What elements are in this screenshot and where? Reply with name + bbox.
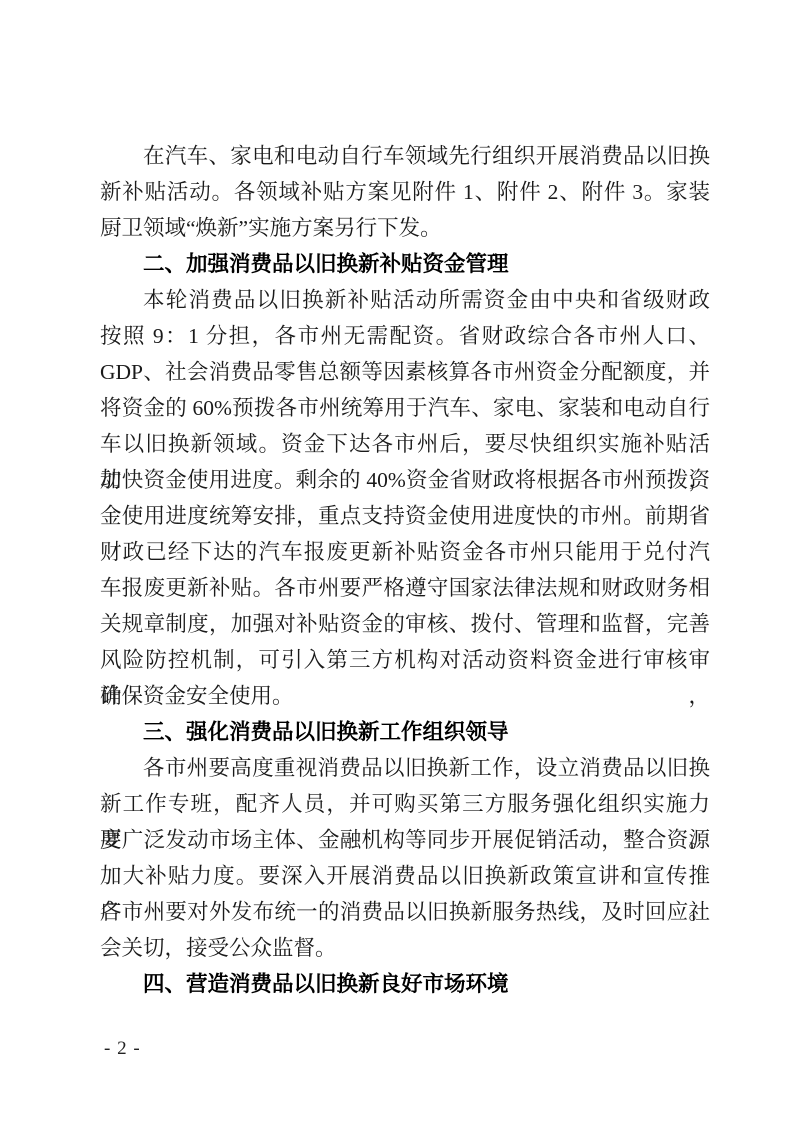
- document-body: 在汽车、家电和电动自行车领域先行组织开展消费品以旧换 新补贴活动。各领域补贴方案…: [100, 138, 710, 1002]
- document-page: 在汽车、家电和电动自行车领域先行组织开展消费品以旧换 新补贴活动。各领域补贴方案…: [0, 0, 793, 1122]
- paragraph-line: GDP、社会消费品零售总额等因素核算各市州资金分配额度，并: [100, 354, 710, 390]
- paragraph-line: 厨卫领域“焕新”实施方案另行下发。: [100, 210, 710, 246]
- paragraph-line: 新补贴活动。各领域补贴方案见附件 1、附件 2、附件 3。家装: [100, 174, 710, 210]
- paragraph-line: 按照 9：1 分担，各市州无需配资。省财政综合各市州人口、: [100, 318, 710, 354]
- paragraph-line: 新工作专班，配齐人员，并可购买第三方服务强化组织实施力度。: [100, 786, 710, 822]
- paragraph-line: 关规章制度，加强对补贴资金的审核、拨付、管理和监督，完善: [100, 606, 710, 642]
- paragraph-line: 金使用进度统筹安排，重点支持资金使用进度快的市州。前期省: [100, 498, 710, 534]
- paragraph-line: 各市州要高度重视消费品以旧换新工作，设立消费品以旧换: [100, 750, 710, 786]
- paragraph-line: 在汽车、家电和电动自行车领域先行组织开展消费品以旧换: [100, 138, 710, 174]
- section-heading: 三、强化消费品以旧换新工作组织领导: [100, 714, 710, 750]
- paragraph-line: 车以旧换新领域。资金下达各市州后，要尽快组织实施补贴活动，: [100, 426, 710, 462]
- paragraph-line: 本轮消费品以旧换新补贴活动所需资金由中央和省级财政: [100, 282, 710, 318]
- paragraph-line: 财政已经下达的汽车报废更新补贴资金各市州只能用于兑付汽: [100, 534, 710, 570]
- paragraph-line: 加大补贴力度。要深入开展消费品以旧换新政策宣讲和宣传推广。: [100, 858, 710, 894]
- page-number: - 2 -: [104, 1038, 141, 1060]
- paragraph-line: 将资金的 60%预拨各市州统筹用于汽车、家电、家装和电动自行: [100, 390, 710, 426]
- paragraph-line: 各市州要对外发布统一的消费品以旧换新服务热线，及时回应社: [100, 894, 710, 930]
- paragraph-line: 风险防控机制，可引入第三方机构对活动资料资金进行审核审计，: [100, 642, 710, 678]
- paragraph-line: 加快资金使用进度。剩余的 40%资金省财政将根据各市州预拨资: [100, 462, 710, 498]
- paragraph-line: 车报废更新补贴。各市州要严格遵守国家法律法规和财政财务相: [100, 570, 710, 606]
- section-heading: 二、加强消费品以旧换新补贴资金管理: [100, 246, 710, 282]
- paragraph-line: 要广泛发动市场主体、金融机构等同步开展促销活动，整合资源: [100, 822, 710, 858]
- section-heading: 四、营造消费品以旧换新良好市场环境: [100, 966, 710, 1002]
- paragraph-line: 会关切，接受公众监督。: [100, 930, 710, 966]
